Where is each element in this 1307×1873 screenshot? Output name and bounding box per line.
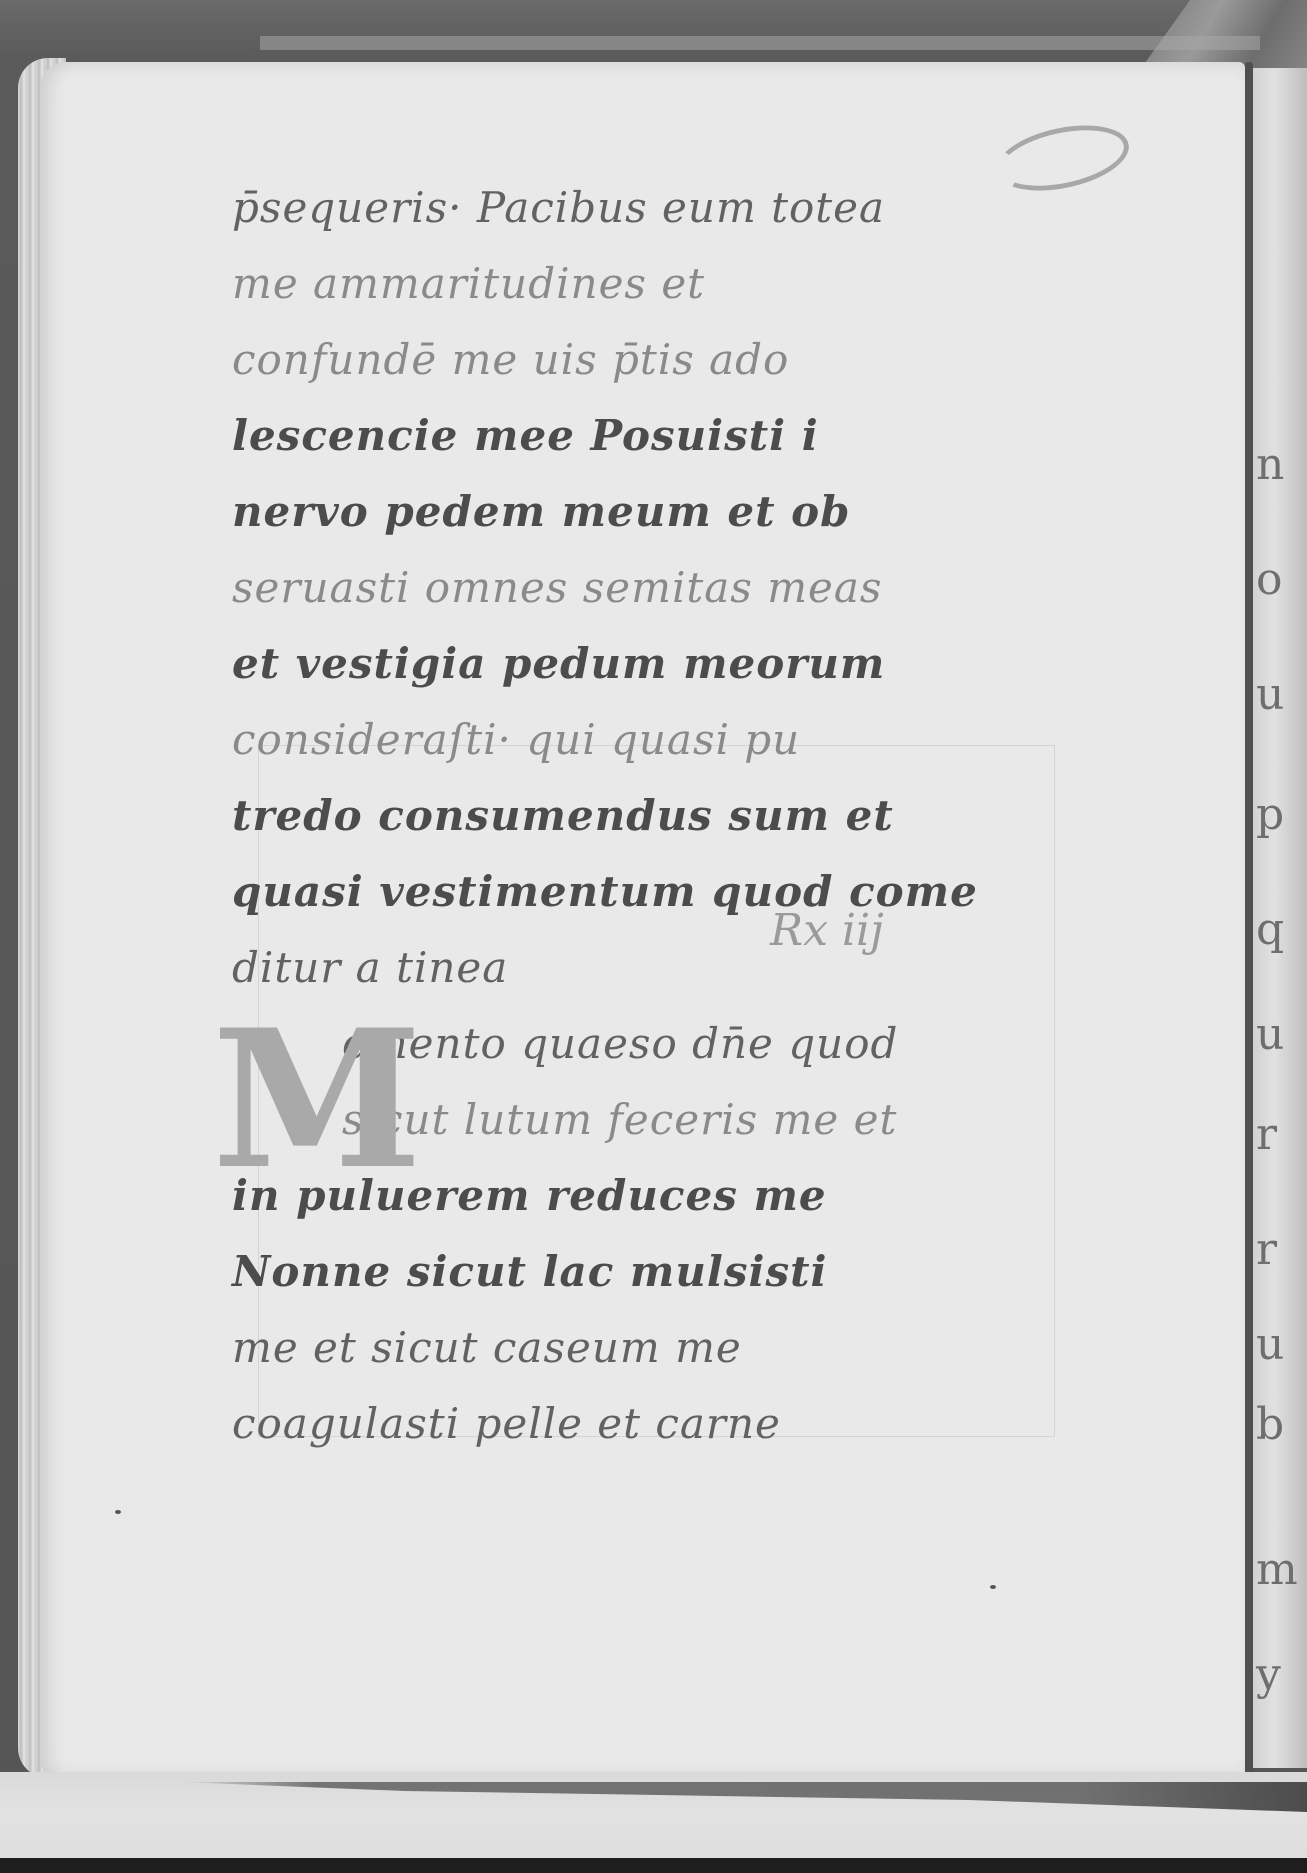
- facing-fragment: u: [1256, 1010, 1284, 1060]
- text-line-9: tredo consumendus sum et: [232, 786, 894, 846]
- text-line-15: Nonne sicut lac mulsisti: [232, 1242, 827, 1302]
- decorated-initial: M: [212, 1005, 422, 1195]
- text-line-8: consideraſti· qui quasi pu: [232, 710, 800, 770]
- text-line-3: confundē me uis p̄tis ado: [232, 330, 789, 390]
- facing-fragment: b: [1256, 1400, 1284, 1450]
- text-line-13: sicut lutum feceris me et: [342, 1090, 897, 1150]
- facing-fragment: p: [1256, 790, 1284, 840]
- text-line-7: et vestigia pedum meorum: [232, 634, 885, 694]
- facing-fragment: u: [1256, 1320, 1284, 1370]
- facing-fragment: r: [1256, 1225, 1277, 1275]
- ink-speck: [990, 1585, 996, 1589]
- text-line-6: seruasti omnes semitas meas: [232, 558, 882, 618]
- facing-fragment: r: [1256, 1110, 1277, 1160]
- text-line-2: me ammaritudines et: [232, 254, 705, 314]
- facing-fragment: o: [1256, 555, 1283, 605]
- text-line-1: p̄sequeris· Pacibus eum totea: [232, 178, 885, 238]
- facing-fragment: m: [1256, 1545, 1298, 1595]
- ink-speck: [115, 1510, 121, 1514]
- rubric-marker: Rx iij: [770, 905, 884, 956]
- text-line-12: emento quaeso dn̄e quod: [342, 1014, 898, 1074]
- gutter-fold: [1245, 62, 1253, 1778]
- text-line-4: lescencie mee Posuisti i: [232, 406, 819, 466]
- facing-fragment: n: [1256, 440, 1284, 490]
- facing-fragment: q: [1256, 905, 1284, 955]
- page-top-edge: [260, 36, 1260, 50]
- scan-bottom-edge: [0, 1858, 1307, 1873]
- text-line-16: me et sicut caseum me: [232, 1318, 742, 1378]
- text-line-5: nervo pedem meum et ob: [232, 482, 851, 542]
- text-line-17: coagulasti pelle et carne: [232, 1394, 781, 1454]
- facing-fragment: y: [1256, 1650, 1281, 1700]
- facing-fragment: u: [1256, 670, 1284, 720]
